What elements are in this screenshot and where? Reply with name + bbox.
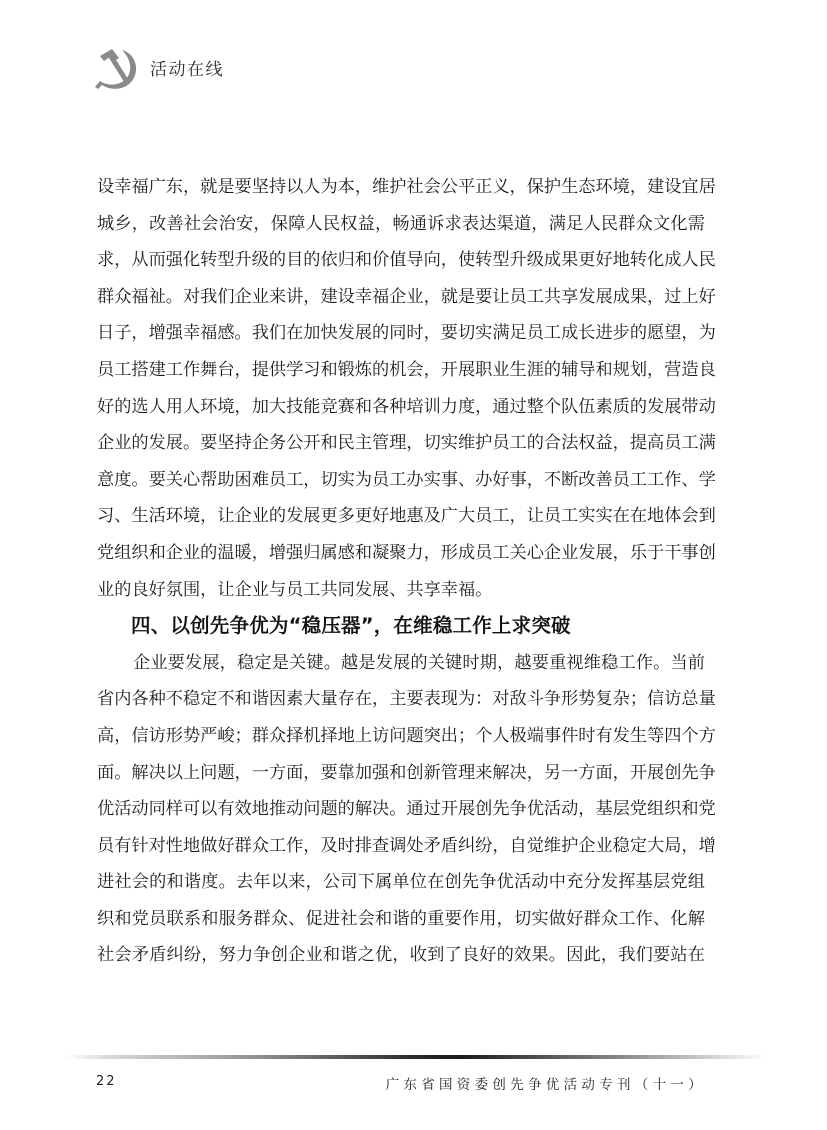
hammer-and-sickle-icon <box>92 44 142 94</box>
text-line: 省内各种不稳定不和谐因素大量存在，主要表现为：对敌斗争形势复杂；信访总量 <box>97 684 705 721</box>
text-line: 日子，增强幸福感。我们在加快发展的同时，要切实满足员工成长进步的愿望，为 <box>97 318 705 355</box>
article-body: 设幸福广东，就是要坚持以人为本，维护社会公平正义，保护生态环境，建设宜居 城乡，… <box>97 172 705 977</box>
text-line: 业的良好氛围，让企业与员工共同发展、共享幸福。 <box>97 575 705 612</box>
text-line: 员工搭建工作舞台，提供学习和锻炼的机会，开展职业生涯的辅导和规划，营造良 <box>97 355 705 392</box>
section-heading: 四、以创先争优为“稳压器”，在维稳工作上求突破 <box>97 611 705 648</box>
text-line: 进社会的和谐度。去年以来，公司下属单位在创先争优活动中充分发挥基层党组 <box>97 867 705 904</box>
text-line: 好的选人用人环境，加大技能竞赛和各种培训力度，通过整个队伍素质的发展带动 <box>97 392 705 429</box>
text-line: 面。解决以上问题，一方面，要靠加强和创新管理来解决，另一方面，开展创先争 <box>97 758 705 795</box>
page-header: 活动在线 <box>92 44 224 94</box>
page-number: 22 <box>96 1074 117 1089</box>
publication-title: 广东省国资委创先争优活动专刊（十一） <box>386 1073 706 1093</box>
text-line: 织和党员联系和服务群众、促进社会和谐的重要作用，切实做好群众工作、化解 <box>97 904 705 941</box>
text-line: 企业的发展。要坚持企务公开和民主管理，切实维护员工的合法权益，提高员工满 <box>97 428 705 465</box>
text-line: 城乡，改善社会治安，保障人民权益，畅通诉求表达渠道，满足人民群众文化需 <box>97 209 705 246</box>
text-line: 企业要发展，稳定是关键。越是发展的关键时期，越要重视维稳工作。当前 <box>97 648 705 685</box>
text-line: 高，信访形势严峻；群众择机择地上访问题突出；个人极端事件时有发生等四个方 <box>97 721 705 758</box>
text-line: 意度。要关心帮助困难员工，切实为员工办实事、办好事，不断改善员工工作、学 <box>97 465 705 502</box>
text-line: 党组织和企业的温暖，增强归属感和凝聚力，形成员工关心企业发展，乐于干事创 <box>97 538 705 575</box>
text-line: 优活动同样可以有效地推动问题的解决。通过开展创先争优活动，基层党组织和党 <box>97 794 705 831</box>
text-line: 习、生活环境，让企业的发展更多更好地惠及广大员工，让员工实实在在地体会到 <box>97 501 705 538</box>
text-line: 设幸福广东，就是要坚持以人为本，维护社会公平正义，保护生态环境，建设宜居 <box>97 172 705 209</box>
section-name: 活动在线 <box>150 55 224 80</box>
text-line: 员有针对性地做好群众工作，及时排查调处矛盾纠纷，自觉维护企业稳定大局，增 <box>97 831 705 868</box>
text-line: 求，从而强化转型升级的目的依归和价值导向，使转型升级成果更好地转化成人民 <box>97 245 705 282</box>
text-line: 群众福祉。对我们企业来讲，建设幸福企业，就是要让员工共享发展成果，过上好 <box>97 282 705 319</box>
text-line: 社会矛盾纠纷，努力争创企业和谐之优，收到了良好的效果。因此，我们要站在 <box>97 940 705 977</box>
footer-divider <box>66 1055 766 1059</box>
